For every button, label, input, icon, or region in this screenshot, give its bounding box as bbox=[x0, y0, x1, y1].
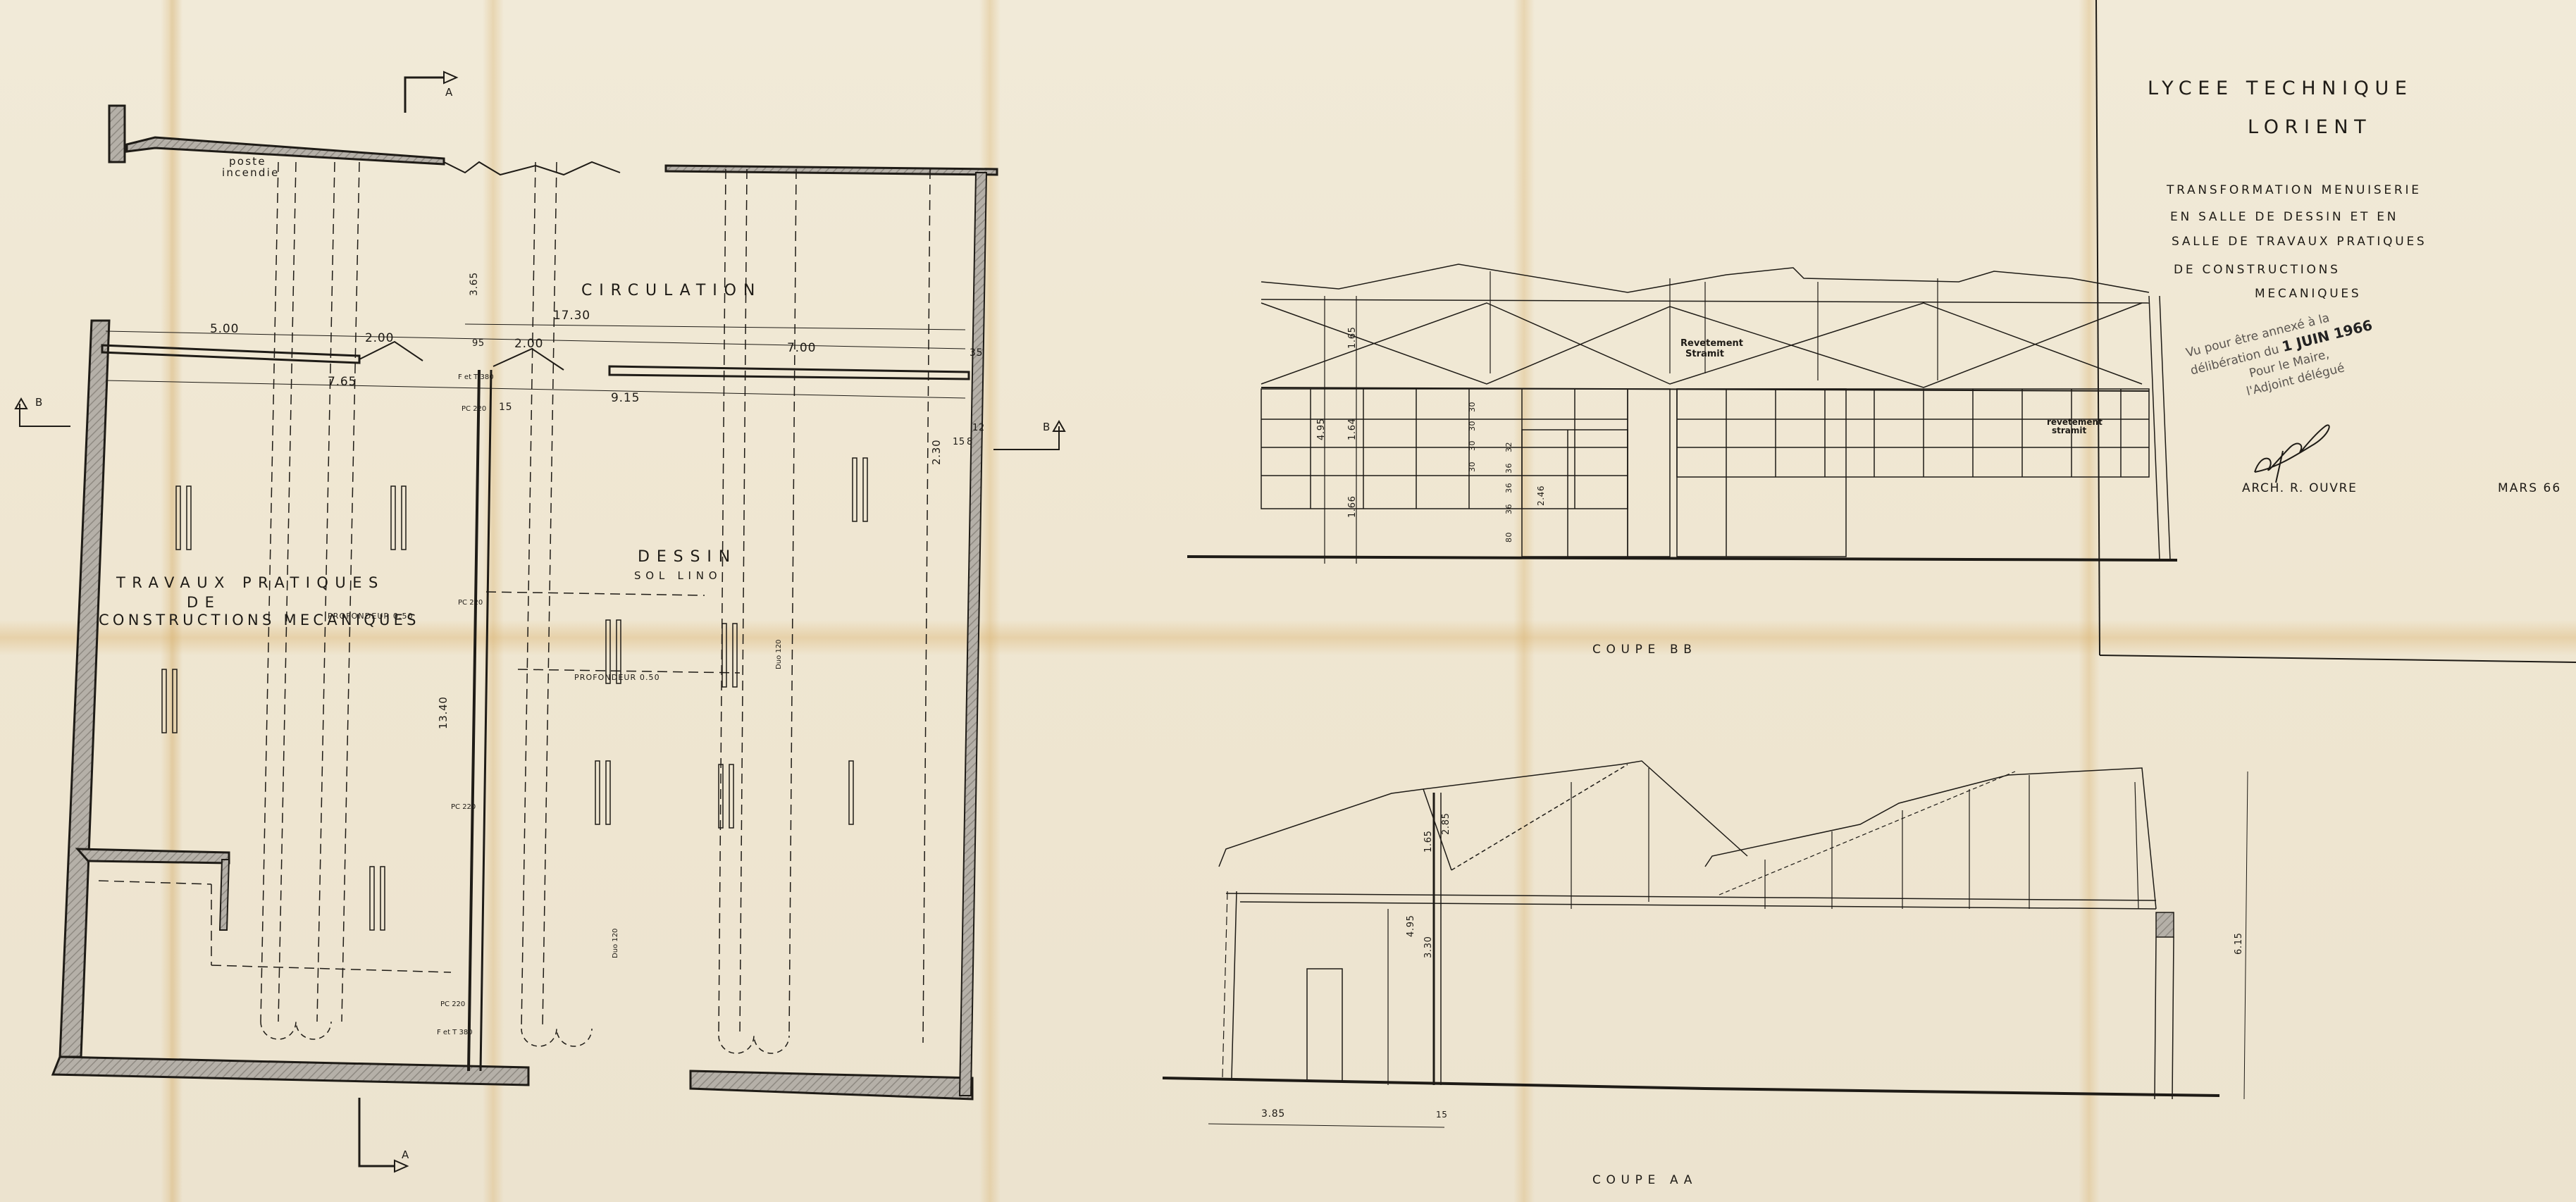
dimension: 3.65 bbox=[469, 272, 480, 296]
project-line: SALLE DE TRAVAUX PRATIQUES bbox=[2172, 235, 2427, 249]
dimension: 35 bbox=[970, 347, 983, 359]
material-note: Stramit bbox=[1685, 349, 1724, 359]
dimension: 30 bbox=[1468, 461, 1477, 472]
dimension: 7.65 bbox=[328, 375, 357, 389]
outlet-label: F et T 380 bbox=[458, 373, 494, 381]
dimension: 2.00 bbox=[514, 337, 543, 351]
dimension: 15 bbox=[499, 402, 512, 413]
outlet-label: PC 220 bbox=[462, 405, 486, 413]
school-name: LYCEE TECHNIQUE bbox=[2148, 78, 2413, 99]
dimension: 2.00 bbox=[365, 331, 394, 345]
signature-icon bbox=[2248, 409, 2339, 486]
dimension: 32 bbox=[1504, 442, 1513, 452]
drawing-linework bbox=[0, 0, 2576, 1202]
section-marker-a-bottom: A bbox=[402, 1148, 409, 1161]
dimension: 1.64 bbox=[1347, 418, 1358, 440]
dimension: 5.00 bbox=[210, 322, 239, 336]
room-label-circulation: CIRCULATION bbox=[581, 282, 762, 299]
dimension: 4.95 bbox=[1406, 915, 1416, 937]
dimension: 1.65 bbox=[1423, 830, 1434, 853]
dimension: 36 bbox=[1504, 504, 1513, 514]
duo-label: Duo 120 bbox=[612, 929, 619, 958]
dimension: 3.30 bbox=[1423, 936, 1434, 958]
blueprint-sheet: CIRCULATION DESSIN SOL LINO TRAVAUX PRAT… bbox=[0, 0, 2576, 1202]
dimension: 15 bbox=[1436, 1110, 1447, 1120]
duo-label: Duo 120 bbox=[775, 640, 783, 669]
dimension: 4.95 bbox=[1316, 418, 1327, 440]
project-line: EN SALLE DE DESSIN ET EN bbox=[2170, 210, 2398, 224]
dimension: 30 bbox=[1468, 440, 1477, 451]
drawing-date: MARS 66 bbox=[2498, 481, 2561, 495]
outlet-label: PC 220 bbox=[458, 599, 483, 607]
dimension: 1.65 bbox=[1347, 326, 1358, 349]
depth-note: PROFONDEUR 0.50 bbox=[328, 612, 414, 621]
fire-post-label-2: incendie bbox=[222, 166, 280, 179]
section-marker-b-left: B bbox=[35, 396, 42, 409]
room-label-tp-de: DE bbox=[187, 594, 221, 611]
project-line: TRANSFORMATION MENUISERIE bbox=[2167, 183, 2422, 197]
dimension: 15 bbox=[953, 437, 965, 447]
room-floor-note: SOL LINO bbox=[634, 569, 722, 582]
outlet-label: PC 220 bbox=[451, 803, 476, 811]
material-note: Revetement bbox=[1680, 338, 1743, 349]
dimension: 30 bbox=[1468, 402, 1477, 412]
dimension: 6.15 bbox=[2234, 932, 2244, 955]
room-label-tp: TRAVAUX PRATIQUES bbox=[116, 574, 385, 591]
section-title-bb: COUPE BB bbox=[1592, 643, 1697, 657]
material-note: stramit bbox=[2052, 426, 2086, 435]
dimension: 30 bbox=[1468, 421, 1477, 431]
dimension: 8 bbox=[967, 437, 973, 447]
dimension: 3.85 bbox=[1261, 1108, 1285, 1120]
dimension: 95 bbox=[472, 338, 485, 349]
dimension: 1.66 bbox=[1347, 495, 1358, 518]
dimension: 2.46 bbox=[1536, 485, 1546, 506]
dimension: 9.15 bbox=[611, 391, 640, 405]
dimension: 2.85 bbox=[1441, 812, 1451, 835]
project-line: MECANIQUES bbox=[2255, 287, 2361, 301]
coupe-bb-linework bbox=[1187, 264, 2177, 564]
section-marker-b-right: B bbox=[1043, 421, 1050, 433]
dimension: 17.30 bbox=[553, 309, 590, 323]
section-marker-a-top: A bbox=[445, 86, 452, 99]
dimension: 7.00 bbox=[787, 341, 816, 355]
outlet-label: F et T 380 bbox=[437, 1029, 473, 1036]
dimension: 80 bbox=[1504, 532, 1513, 543]
dimension: 36 bbox=[1504, 483, 1513, 493]
dimension: 13.40 bbox=[437, 696, 450, 729]
section-title-aa: COUPE AA bbox=[1592, 1173, 1697, 1187]
depth-note: PROFONDEUR 0.50 bbox=[574, 673, 660, 682]
outlet-label: PC 220 bbox=[440, 1000, 465, 1008]
project-line: DE CONSTRUCTIONS bbox=[2174, 263, 2341, 277]
dimension: 2.30 bbox=[930, 440, 943, 465]
dimension: 12 bbox=[972, 423, 985, 433]
school-city: LORIENT bbox=[2248, 116, 2372, 138]
coupe-aa-linework bbox=[1163, 761, 2248, 1127]
dimension: 36 bbox=[1504, 463, 1513, 473]
room-label-dessin: DESSIN bbox=[638, 548, 737, 566]
